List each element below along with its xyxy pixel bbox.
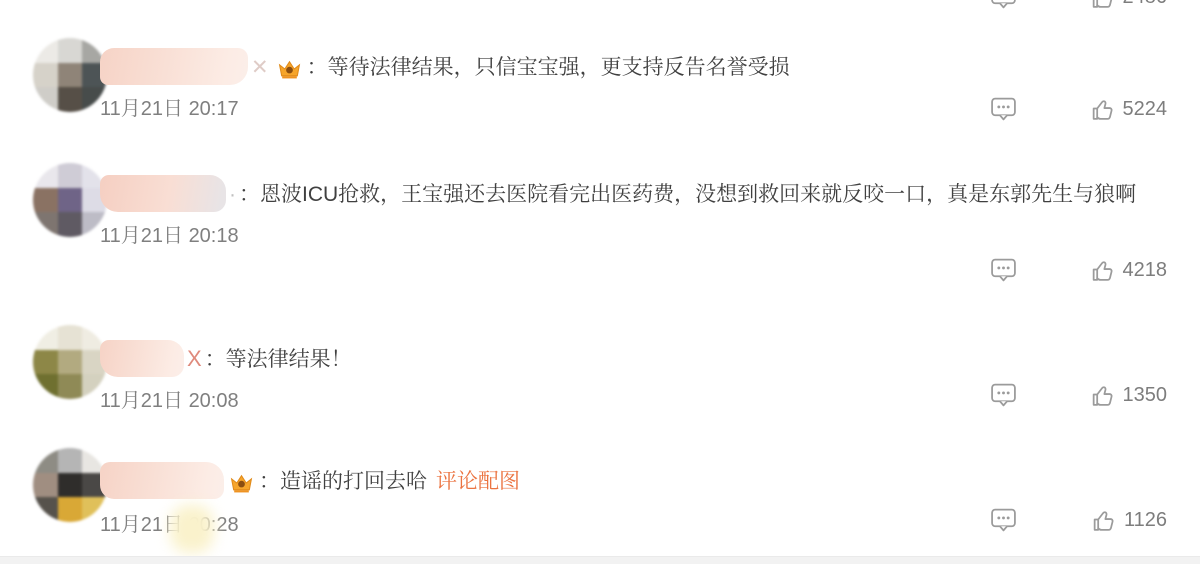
comment-date: 11月21日 20:08 [100, 390, 239, 412]
comment-item-2: ·：恩波ICU抢救，王宝强还去医院看完出医药费，没想到救回来就反咬一口，真是东郭… [0, 163, 1200, 293]
username-redacted[interactable] [100, 462, 224, 499]
username-redacted[interactable] [100, 340, 184, 377]
avatar[interactable] [33, 163, 107, 237]
avatar[interactable] [33, 448, 107, 522]
comment-image-link[interactable]: 评论配图 [436, 470, 520, 493]
reply-comment-icon[interactable] [990, 257, 1017, 283]
thumbs-up-icon [1091, 508, 1116, 532]
thumbs-up-icon [1090, 97, 1115, 121]
comment-text: ：恩波ICU抢救，王宝强还去医院看完出医药费，没想到救回来就反咬一口，真是东郭先… [239, 183, 1136, 206]
previous-comment-cutoff: 2486 [0, 0, 1200, 13]
blur-remnant: · [229, 175, 236, 215]
comment-text: ：等法律结果！ [205, 348, 352, 371]
thumbs-up-icon [1090, 0, 1115, 9]
fan-crown-badge-icon [228, 470, 255, 494]
thumbs-up-icon [1090, 383, 1115, 407]
reply-comment-icon[interactable] [990, 96, 1017, 122]
comment-item-1: ✕：等待法律结果，只信宝宝强，更支持反告名誉受损 11月21日 20:17 52… [0, 38, 1200, 130]
like-button[interactable]: 1126 [1065, 508, 1167, 532]
like-button[interactable]: 4218 [1065, 258, 1167, 282]
like-count: 2486 [1123, 0, 1168, 9]
like-count: 5224 [1123, 98, 1168, 121]
like-count: 1126 [1124, 509, 1167, 532]
comment-line: ✕：等待法律结果，只信宝宝强，更支持反告名誉受损 [100, 48, 1166, 88]
comment-line: X：等法律结果！ [100, 339, 1166, 380]
fan-crown-badge-icon [276, 56, 303, 80]
username-redacted[interactable] [100, 48, 248, 85]
bottom-divider [0, 556, 1200, 564]
comment-item-3: X：等法律结果！ 11月21日 20:08 1350 [0, 325, 1200, 417]
thumbs-up-icon [1090, 258, 1115, 282]
reply-comment-icon[interactable] [990, 0, 1017, 10]
like-count: 4218 [1123, 259, 1168, 282]
comment-line: ·：恩波ICU抢救，王宝强还去医院看完出医药费，没想到救回来就反咬一口，真是东郭… [100, 175, 1166, 215]
reply-comment-icon[interactable] [990, 507, 1017, 533]
comment-line: ：造谣的打回去哈评论配图 [100, 462, 1166, 502]
comment-date: 11月21日 20:18 [100, 225, 239, 247]
comment-text: ：等待法律结果，只信宝宝强，更支持反告名誉受损 [307, 56, 790, 79]
reply-comment-icon[interactable] [990, 382, 1017, 408]
like-button[interactable]: 2486 [1065, 0, 1167, 9]
like-button[interactable]: 5224 [1065, 97, 1167, 121]
comment-text: ：造谣的打回去哈 [259, 470, 427, 493]
username-redacted[interactable] [100, 175, 226, 212]
comment-date: 11月21日 20:17 [100, 98, 239, 120]
avatar[interactable] [33, 325, 107, 399]
blur-remnant: ✕ [251, 48, 269, 88]
blur-remnant: X [187, 339, 202, 379]
blur-artifact [170, 505, 214, 553]
like-count: 1350 [1123, 384, 1168, 407]
like-button[interactable]: 1350 [1065, 383, 1167, 407]
avatar[interactable] [33, 38, 107, 112]
